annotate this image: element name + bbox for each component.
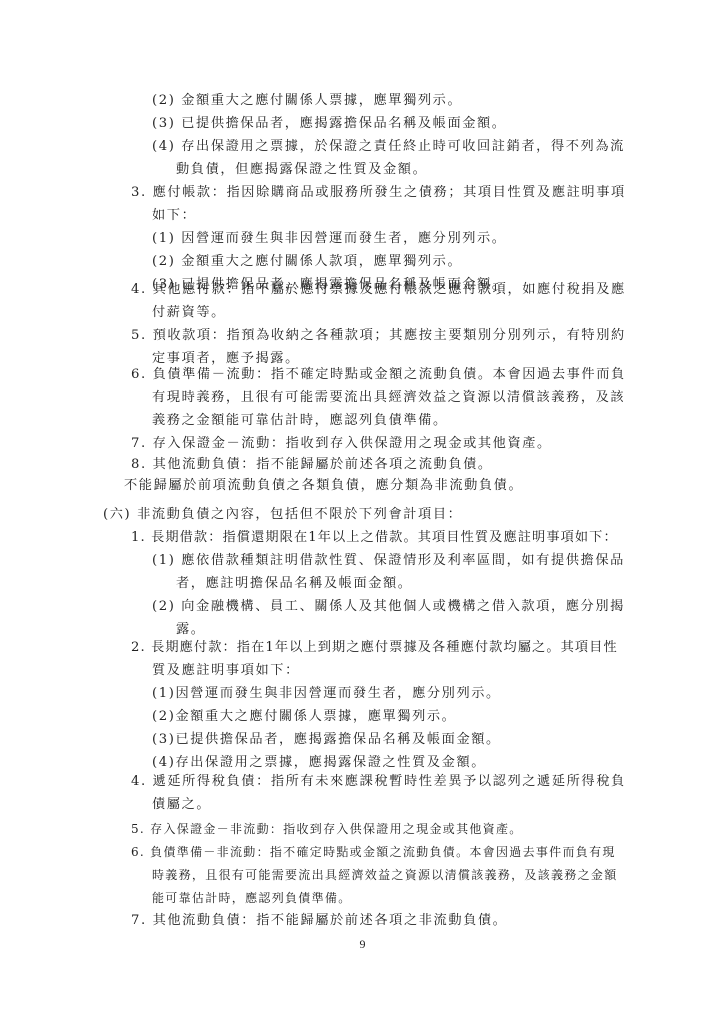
list-item-heading: 7. 存入保證金－流動：指收到存入供保證用之現金或其他資產。 bbox=[131, 435, 552, 453]
list-item-heading: 6. 負債準備－非流動：指不確定時點或金額之流動負債。本會因過去事件而負有現 bbox=[131, 843, 616, 861]
text-line: 付薪資等。 bbox=[152, 304, 226, 322]
text-line: 如下： bbox=[152, 207, 196, 225]
text-line: 質及應註明事項如下： bbox=[152, 662, 300, 680]
text-line: (3) 已提供擔保品者，應揭露擔保品名稱及帳面金額。 bbox=[152, 115, 507, 133]
text-line: (2) 向金融機構、員工、關係人及其他個人或機構之借入款項，應分別揭 bbox=[152, 598, 625, 616]
text-line: 不能歸屬於前項流動負債之各類負債，應分類為非流動負債。 bbox=[124, 477, 523, 495]
list-item-heading: 5. 預收款項：指預為收納之各種款項；其應按主要類別分別列示，有特別約 bbox=[131, 327, 626, 345]
text-line: 者，應註明擔保品名稱及帳面金額。 bbox=[176, 575, 413, 593]
text-line: 有現時義務，且很有可能需要流出具經濟效益之資源以清償該義務，及該 bbox=[152, 389, 625, 407]
page-number: 9 bbox=[0, 937, 725, 952]
list-item-heading: 4. 遞延所得稅負債：指所有未來應課稅暫時性差異予以認列之遞延所得稅負 bbox=[131, 773, 626, 791]
text-line: 露。 bbox=[176, 621, 206, 639]
list-item-heading: 1. 長期借款：指償還期限在1年以上之借款。其項目性質及應註明事項如下： bbox=[131, 529, 618, 547]
list-item-heading: 5. 存入保證金－非流動：指收到存入供保證用之現金或其他資產。 bbox=[131, 820, 523, 838]
text-line: (4) 存出保證用之票據，於保證之責任終止時可收回註銷者，得不列為流 bbox=[152, 138, 625, 156]
text-line: (1) 因營運而發生與非因營運而發生者，應分別列示。 bbox=[152, 230, 507, 248]
text-line: (4)存出保證用之票據，應揭露保證之性質及金額。 bbox=[152, 754, 486, 772]
list-item-heading: 6. 負債準備－流動：指不確定時點或金額之流動負債。本會因過去事件而負 bbox=[131, 366, 626, 384]
list-item-heading: 7. 其他流動負債：指不能歸屬於前述各項之非流動負債。 bbox=[131, 912, 507, 930]
list-item-heading: 2. 長期應付款：指在1年以上到期之應付票據及各種應付款均屬之。其項目性 bbox=[131, 639, 618, 657]
document-page: (2) 金額重大之應付關係人票據，應單獨列示。 (3) 已提供擔保品者，應揭露擔… bbox=[0, 0, 725, 1024]
text-line: 時義務，且很有可能需要流出具經濟效益之資源以清償該義務，及該義務之金額 bbox=[152, 866, 618, 884]
list-item-heading: 8. 其他流動負債：指不能歸屬於前述各項之流動負債。 bbox=[131, 456, 493, 474]
text-line: (1)因營運而發生與非因營運而發生者，應分別列示。 bbox=[152, 685, 501, 703]
section-heading: (六) 非流動負債之內容，包括但不限於下列會計項目： bbox=[103, 506, 462, 524]
text-line: (2) 金額重大之應付關係人款項，應單獨列示。 bbox=[152, 253, 462, 271]
text-line: (3)已提供擔保品者，應揭露擔保品名稱及帳面金額。 bbox=[152, 731, 501, 749]
list-item-heading: 4. 其他應付款：指不屬於應付票據及應付帳款之應付款項，如應付稅捐及應 bbox=[131, 281, 626, 299]
list-item-heading: 3. 應付帳款：指因賒購商品或服務所發生之債務；其項目性質及應註明事項 bbox=[131, 184, 626, 202]
text-line: (2)金額重大之應付關係人票據，應單獨列示。 bbox=[152, 708, 456, 726]
text-line: 動負債，但應揭露保證之性質及金額。 bbox=[176, 161, 427, 179]
text-line: (2) 金額重大之應付關係人票據，應單獨列示。 bbox=[152, 92, 462, 110]
text-line: (1) 應依借款種類註明借款性質、保證情形及利率區間，如有提供擔保品 bbox=[152, 552, 625, 570]
text-line: 債屬之。 bbox=[152, 796, 211, 814]
text-line: 能可靠估計時，應認列負債準備。 bbox=[152, 889, 352, 907]
text-line: 義務之金額能可靠估計時，應認列負債準備。 bbox=[152, 412, 448, 430]
